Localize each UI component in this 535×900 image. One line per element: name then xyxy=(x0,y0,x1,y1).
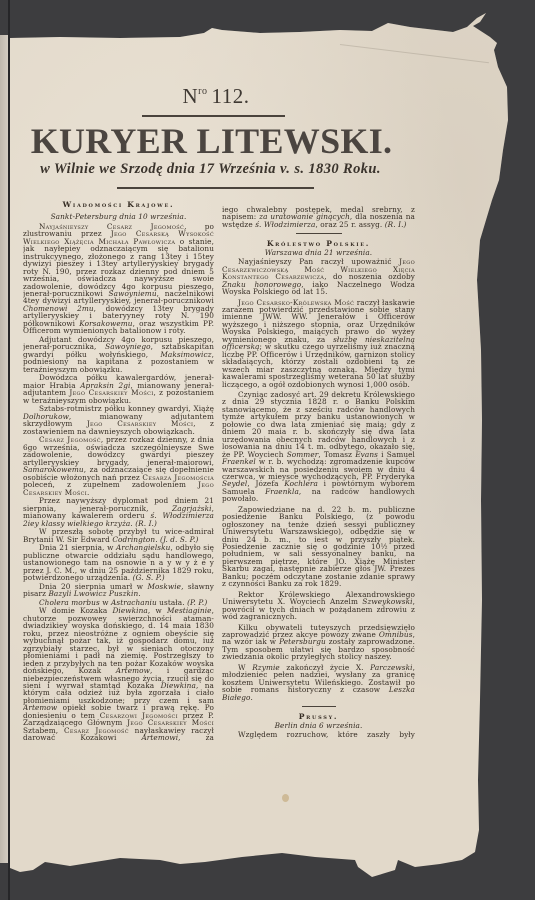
text-run: . xyxy=(138,589,140,598)
text-run: w xyxy=(100,598,111,607)
paragraph-continued: Względem rozruchow, które zaszły były xyxy=(222,731,415,738)
paragraph-continued: W domie Kozaka Diewkina, w Mestiaginie, … xyxy=(23,607,214,741)
masthead-rule-top xyxy=(142,115,285,117)
italic-run: (G. S. P.) xyxy=(133,573,165,582)
paragraph: Czyniąc zadosyć art. 29 dekretu Królewsk… xyxy=(222,391,415,503)
paragraph-continuation: iego chwalebny postępek, medal srebrny, … xyxy=(222,206,415,228)
italic-run: Astrachaniu xyxy=(111,598,157,607)
italic-run: Artemowi xyxy=(141,733,178,742)
text-run: . xyxy=(251,693,253,702)
issue-number-superscript: ro xyxy=(198,86,207,97)
paragraph: Kilku obywateli tuteyszych przedsięwzięł… xyxy=(222,624,415,661)
paper-stain xyxy=(282,794,289,802)
text-run: ustała. xyxy=(157,598,187,607)
text-run: Czyniąc zadosyć art. 29 dekretu Królewsk… xyxy=(222,390,415,459)
newspaper-title: KURYER LITEWSKI. xyxy=(0,123,423,159)
right-column: iego chwalebny postępek, medal srebrny, … xyxy=(222,206,415,790)
paragraph: W przeszłą sobotę przybył tu wice-admira… xyxy=(23,528,214,543)
issue-number: Nro112. xyxy=(0,84,432,109)
text-run: ; w skutku czego uyrzeliśmy iuż znaczną … xyxy=(222,342,415,388)
text-run: , oraz 25 r. assyg. xyxy=(315,220,384,229)
italic-run: (P. P.) xyxy=(187,598,207,607)
section-heading: Wiadomości Krajowe. xyxy=(23,201,214,208)
paragraph: Dnia 20 sierpnia umarł w Moskwie, sławny… xyxy=(23,583,214,598)
italic-run: Cholera morbus xyxy=(39,598,100,607)
issue-dateline: w Wilnie we Srzodę dnia 17 Września v. s… xyxy=(0,161,421,178)
text-run: Względem rozruchow, które zaszły były xyxy=(238,730,415,739)
paragraph: Cesarz Jegomość, przez rozkaz dzienny, z… xyxy=(23,436,214,496)
italic-run: (R. I.) xyxy=(385,220,407,229)
paragraph: Przez naywyższy dyplomat pod dniem 21 si… xyxy=(23,497,214,527)
section-heading: Prussy. xyxy=(222,713,415,720)
italic-run: (J. d. S. P.) xyxy=(160,535,198,544)
paragraph: Sztabs-rotmistrz półku konney gwardyi, X… xyxy=(23,405,214,435)
issue-number-prefix: N xyxy=(183,84,199,108)
paragraph: W Rzymie zakończył życie X. Parczewski, … xyxy=(222,664,415,701)
dateline: Warszawa dnia 21 września. xyxy=(222,249,415,256)
paragraph: Rektor Królewskiego Alexandrowskiego Uni… xyxy=(222,591,415,621)
section-heading: Królestwo Polskie. xyxy=(222,240,415,247)
paragraph: Nayjaśnieyszy Cesarz Jegomość, po zlustr… xyxy=(23,223,214,335)
text-run: . xyxy=(87,488,89,497)
paragraph: Cholera morbus w Astrachaniu ustała. (P.… xyxy=(23,599,214,606)
dateline: Berlin dnia 6 września. xyxy=(222,722,415,729)
left-column: Wiadomości Krajowe. Sankt-Petersburg dni… xyxy=(23,201,214,795)
issue-number-value: 112. xyxy=(212,84,250,108)
section-divider-rule xyxy=(296,233,342,234)
paragraph: Dowódzca półku kawalergardów, jenerał-ma… xyxy=(23,374,214,404)
italic-run: Codrington xyxy=(112,535,155,544)
text-run: , chutorze pozwowey swierzchności ataman… xyxy=(23,606,214,675)
paragraph: Adjutant dowódzcy 4go korpusu pieszego, … xyxy=(23,336,214,373)
section-divider-rule xyxy=(302,706,336,707)
italic-run: Fraenkla xyxy=(265,487,299,496)
adjacent-page-edge xyxy=(0,35,8,863)
italic-run: Moskwie xyxy=(147,582,181,591)
italic-run: (R. I.) xyxy=(135,519,157,528)
italic-run: ś. Włodzimierza xyxy=(255,220,315,229)
masthead-rule-bottom xyxy=(117,187,314,189)
paragraph: Dnia 21 sierpnia, w Archangielsku, odbył… xyxy=(23,544,214,581)
text-run: Zapowiedziane na d. 22 b. m. publiczne p… xyxy=(222,505,415,589)
dateline: Sankt-Petersburg dnia 10 września. xyxy=(23,213,214,220)
paragraph: Jego Cesarsko-Królewska Mość raczył łask… xyxy=(222,299,415,388)
text-run: , za xyxy=(178,733,214,742)
paragraph: Zapowiedziane na d. 22 b. m. publiczne p… xyxy=(222,506,415,588)
italic-run: Bazyli Lwowicz Puszkin xyxy=(48,589,138,598)
paragraph: Nayjaśnieyszy Pan raczył upoważnić Jego … xyxy=(222,258,415,295)
